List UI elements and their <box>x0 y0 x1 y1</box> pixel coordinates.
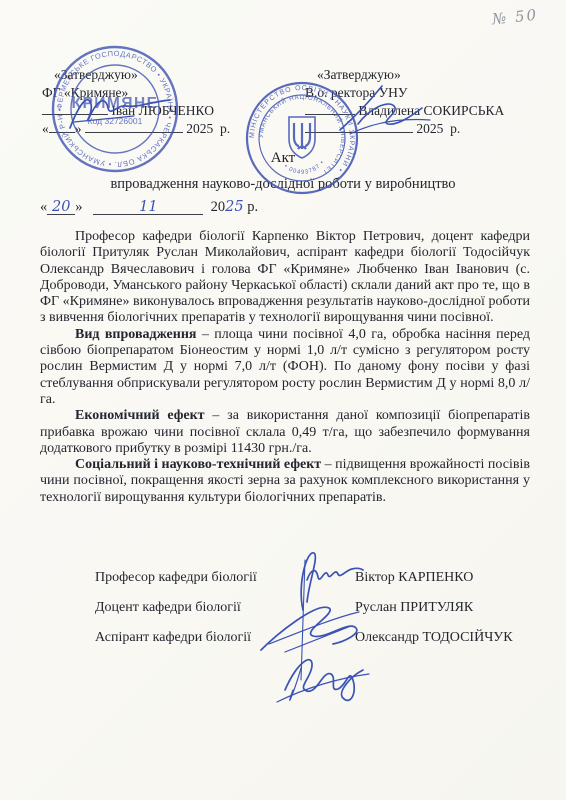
approval-block-farm: «Затверджую» ФГ «Кримяне» Іван ЛЮБЧЕНКО … <box>42 66 267 138</box>
approve-right-label: «Затверджую» <box>305 66 540 84</box>
approve-right-name-line: Владилена СОКИРСЬКА <box>305 102 540 120</box>
month-blank <box>85 120 183 133</box>
paragraph-participants: Професор кафедри біології Карпенко Вікто… <box>40 229 530 327</box>
signer-role: Професор кафедри біології <box>95 569 343 586</box>
handwritten-year: 25 <box>225 199 243 215</box>
pencil-page-number: № 50 <box>491 6 539 29</box>
date-blank <box>305 120 413 133</box>
paragraph-implementation-lead: Вид впровадження <box>75 327 196 342</box>
signature-line <box>42 102 108 115</box>
approve-left-year: 2025 <box>186 121 213 136</box>
open-quote: « <box>42 121 49 136</box>
signer-role: Доцент кафедри біології <box>95 599 343 616</box>
paragraph-economic-lead: Економічний ефект <box>75 408 205 423</box>
open-quote: « <box>40 199 47 215</box>
scanned-document-page: № 50 «Затверджую» ФГ «Кримяне» Іван ЛЮБЧ… <box>0 0 566 800</box>
year-printed: 20 <box>211 199 226 215</box>
approve-left-name-line: Іван ЛЮБЧЕНКО <box>42 102 267 120</box>
signer-role: Аспірант кафедри біології <box>95 629 343 646</box>
approve-right-year: 2025 <box>416 121 443 136</box>
signature-line <box>305 102 355 115</box>
handwritten-month: 11 <box>93 199 203 215</box>
document-title: Акт <box>0 150 566 167</box>
paragraph-social-effect: Соціальний і науково-технічний ефект – п… <box>40 457 530 506</box>
signature-row: Доцент кафедри біології Руслан ПРИТУЛЯК <box>95 599 530 616</box>
approval-block-university: «Затверджую» В.о. ректора УНУ Владилена … <box>305 66 540 138</box>
signature-row: Аспірант кафедри біології Олександр ТОДО… <box>95 629 530 646</box>
signature-section: Професор кафедри біології Віктор КАРПЕНК… <box>95 569 530 659</box>
approve-left-name: Іван ЛЮБЧЕНКО <box>111 103 214 118</box>
signer-name: Руслан ПРИТУЛЯК <box>343 599 530 616</box>
paragraph-implementation: Вид впровадження – площа чини посівної 4… <box>40 327 530 408</box>
document-body: Професор кафедри біології Карпенко Вікто… <box>40 229 530 506</box>
approve-left-date-line: «» 2025 р. <box>42 120 267 138</box>
document-date-line: «20» 11 2025 р. <box>40 199 258 216</box>
handwritten-day: 20 <box>47 199 75 215</box>
approve-right-position: В.о. ректора УНУ <box>305 84 540 102</box>
approve-right-date-line: 2025 р. <box>305 120 540 138</box>
day-blank <box>49 120 75 133</box>
signature-row: Професор кафедри біології Віктор КАРПЕНК… <box>95 569 530 586</box>
approve-left-year-suffix: р. <box>220 121 230 136</box>
year-suffix: р. <box>247 199 258 215</box>
paragraph-social-lead: Соціальний і науково-технічний ефект <box>75 457 321 472</box>
signer-name: Олександр ТОДОСІЙЧУК <box>343 629 530 646</box>
document-subtitle: впровадження науково-дослідної роботи у … <box>0 176 566 193</box>
approve-right-name: Владилена СОКИРСЬКА <box>358 103 504 118</box>
close-quote: » <box>75 121 82 136</box>
signer-name: Віктор КАРПЕНКО <box>343 569 530 586</box>
approve-right-year-suffix: р. <box>450 121 460 136</box>
approve-left-org: ФГ «Кримяне» <box>42 84 267 102</box>
close-quote: » <box>75 199 82 215</box>
approve-left-label: «Затверджую» <box>42 66 267 84</box>
paragraph-economic-effect: Економічний ефект – за використання дано… <box>40 408 530 457</box>
